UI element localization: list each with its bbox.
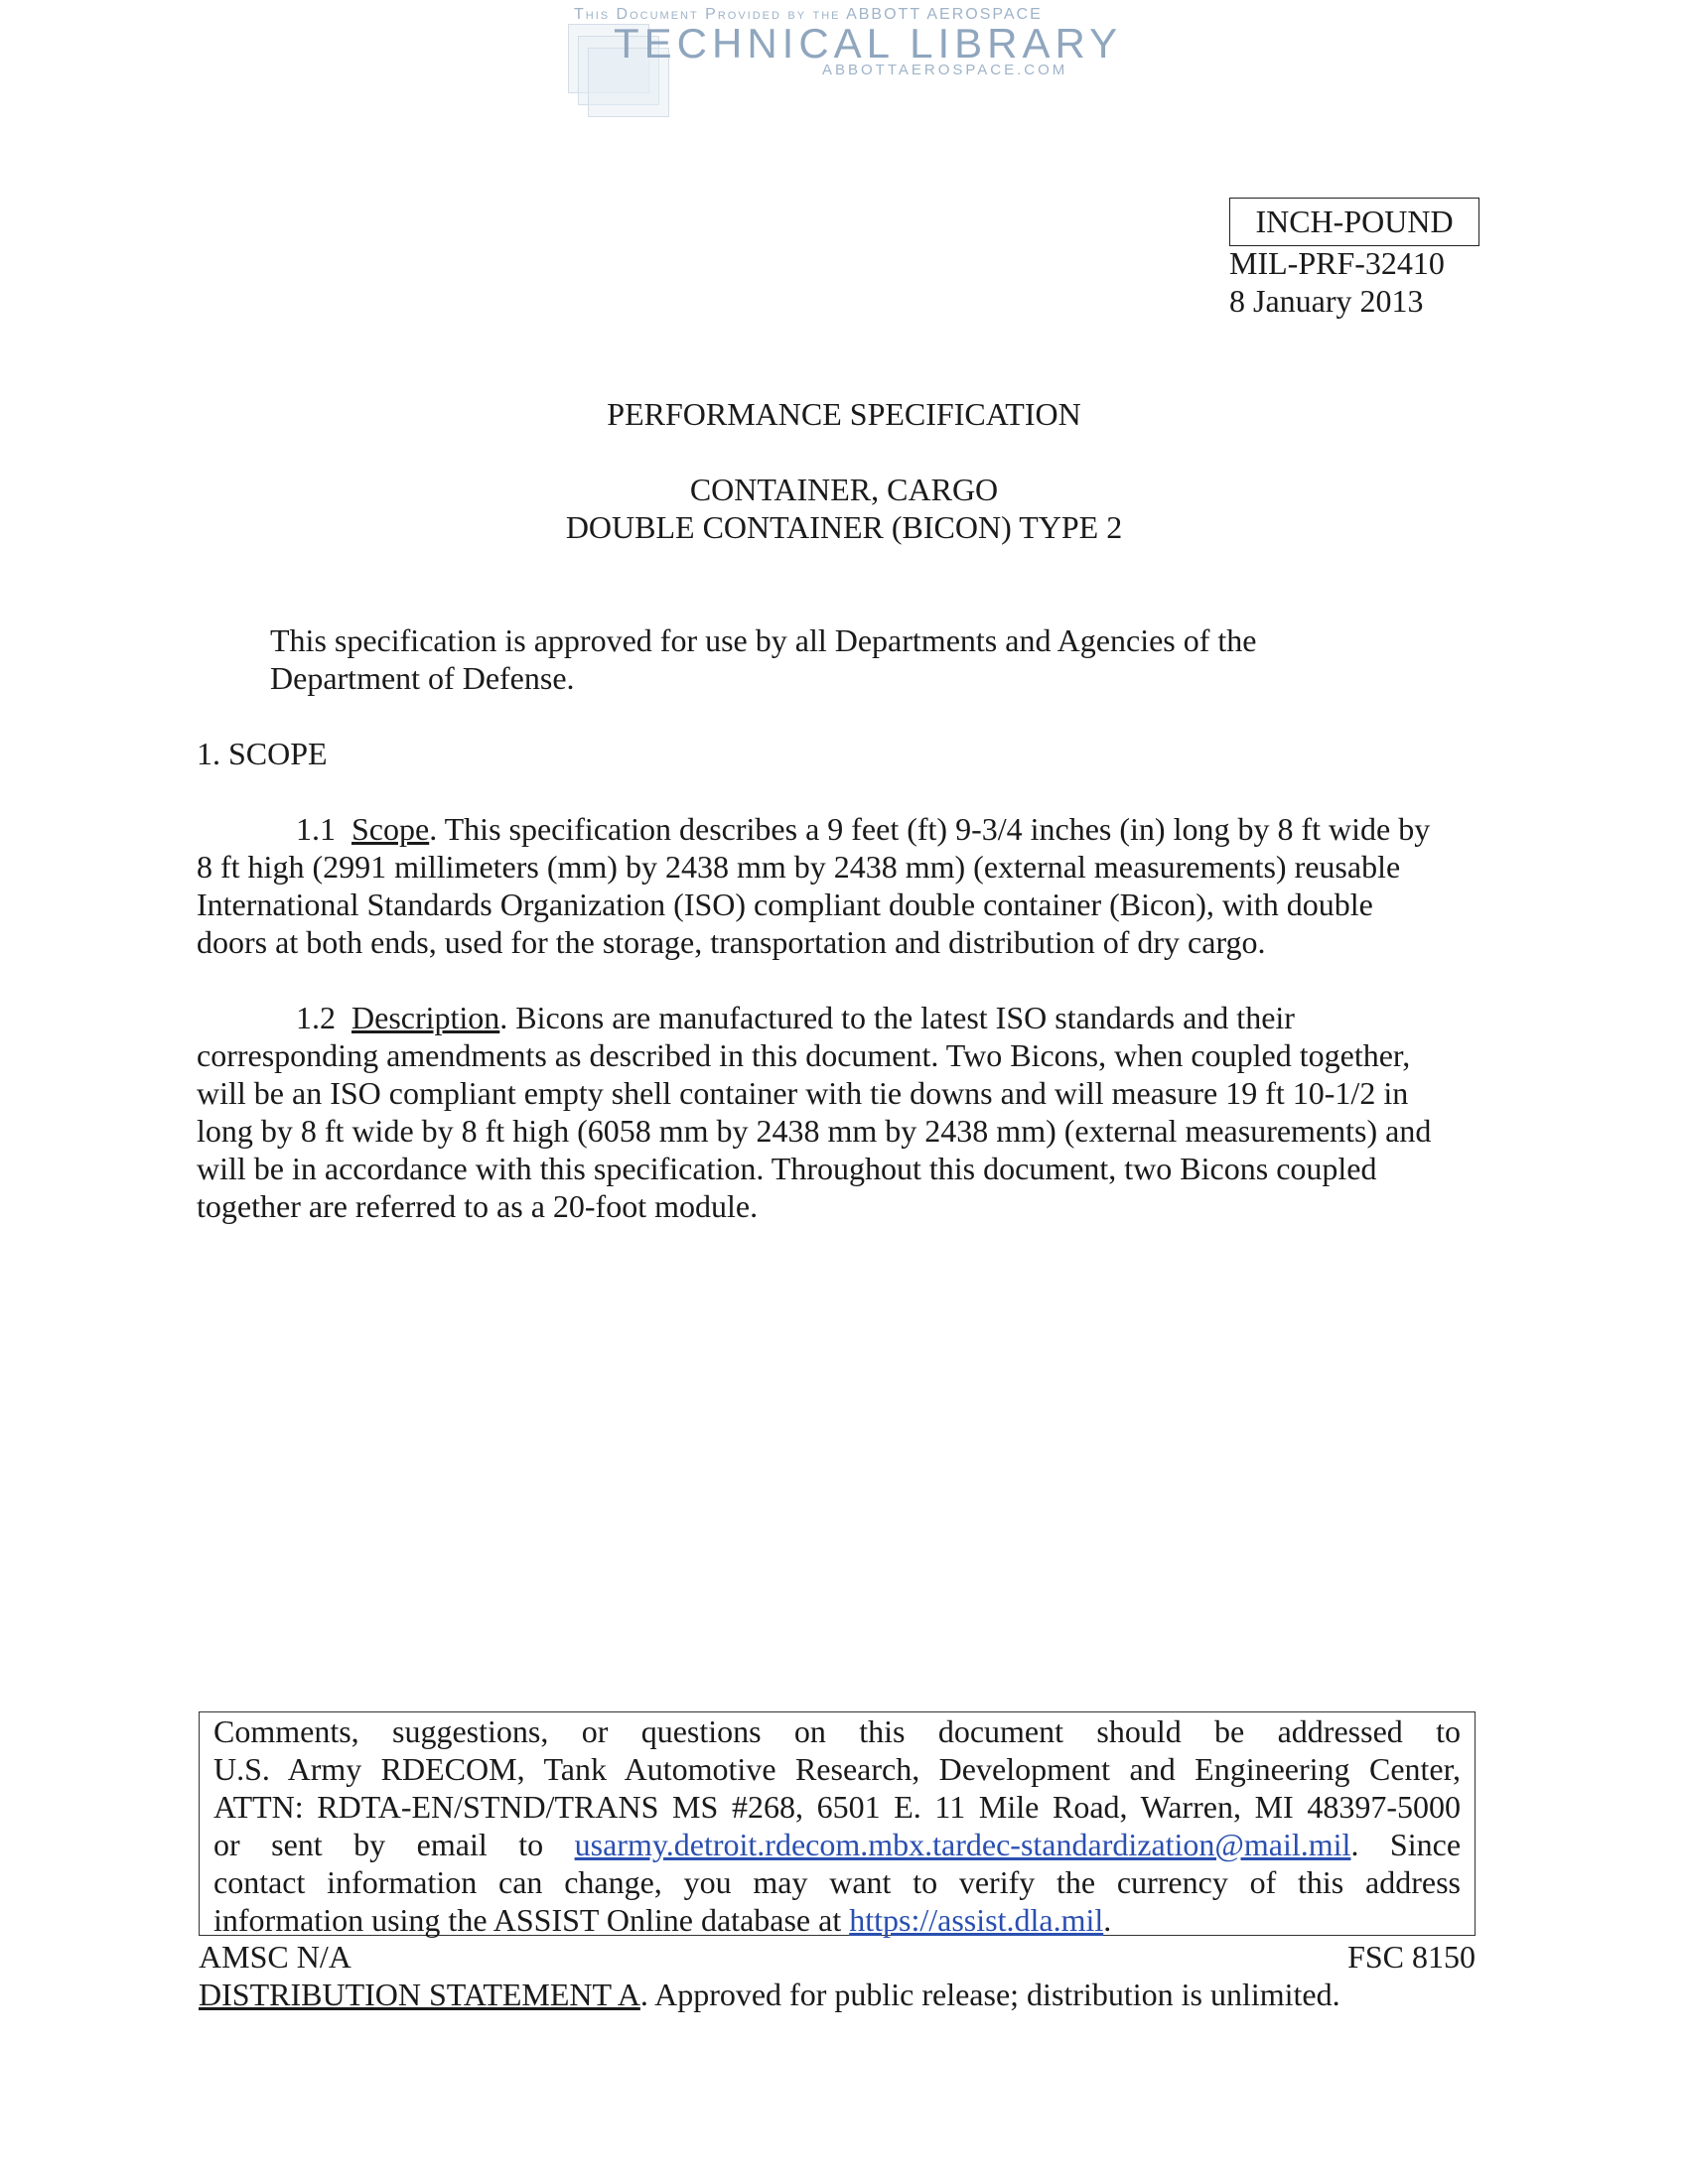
amsc-code: AMSC N/A [199, 1938, 352, 1976]
para-number: 1.1 [296, 811, 336, 847]
para-label: Scope [352, 811, 429, 847]
email-line: or sent by email to usarmy.detroit.rdeco… [213, 1826, 1461, 1863]
approval-line-1: This specification is approved for use b… [270, 621, 1256, 659]
approval-line-2: Department of Defense. [270, 659, 575, 697]
subject-line-1: CONTAINER, CARGO [0, 471, 1688, 508]
distribution-label: DISTRIBUTION STATEMENT A [199, 1977, 640, 2012]
spec-type-title: PERFORMANCE SPECIFICATION [0, 395, 1688, 433]
comments-box: Comments, suggestions, or questions on t… [199, 1711, 1476, 1936]
watermark-title: TECHNICAL LIBRARY [614, 20, 1122, 68]
assist-url-link[interactable]: https://assist.dla.mil [849, 1902, 1103, 1938]
watermark: This Document Provided by the ABBOTT AER… [566, 2, 1082, 111]
fsc-code: FSC 8150 [1340, 1938, 1476, 1976]
doc-date: 8 January 2013 [1229, 282, 1445, 320]
inch-pound-box: INCH-POUND [1229, 198, 1479, 246]
distribution-statement: DISTRIBUTION STATEMENT A. Approved for p… [199, 1976, 1340, 2013]
para-number: 1.2 [296, 1000, 336, 1035]
section-heading-scope: 1. SCOPE [197, 735, 328, 772]
email-link[interactable]: usarmy.detroit.rdecom.mbx.tardec-standar… [575, 1827, 1351, 1862]
subject-line-2: DOUBLE CONTAINER (BICON) TYPE 2 [0, 508, 1688, 546]
paragraph-1-2: 1.2 Description. Bicons are manufactured… [197, 999, 1474, 1225]
paragraph-1-1: 1.1 Scope. This specification describes … [197, 810, 1474, 961]
assist-line: information using the ASSIST Online data… [213, 1901, 1461, 1939]
para-label: Description [352, 1000, 499, 1035]
doc-number: MIL-PRF-32410 [1229, 244, 1445, 282]
doc-id-block: MIL-PRF-32410 8 January 2013 [1229, 244, 1445, 320]
watermark-url: ABBOTTAEROSPACE.COM [822, 62, 1067, 78]
